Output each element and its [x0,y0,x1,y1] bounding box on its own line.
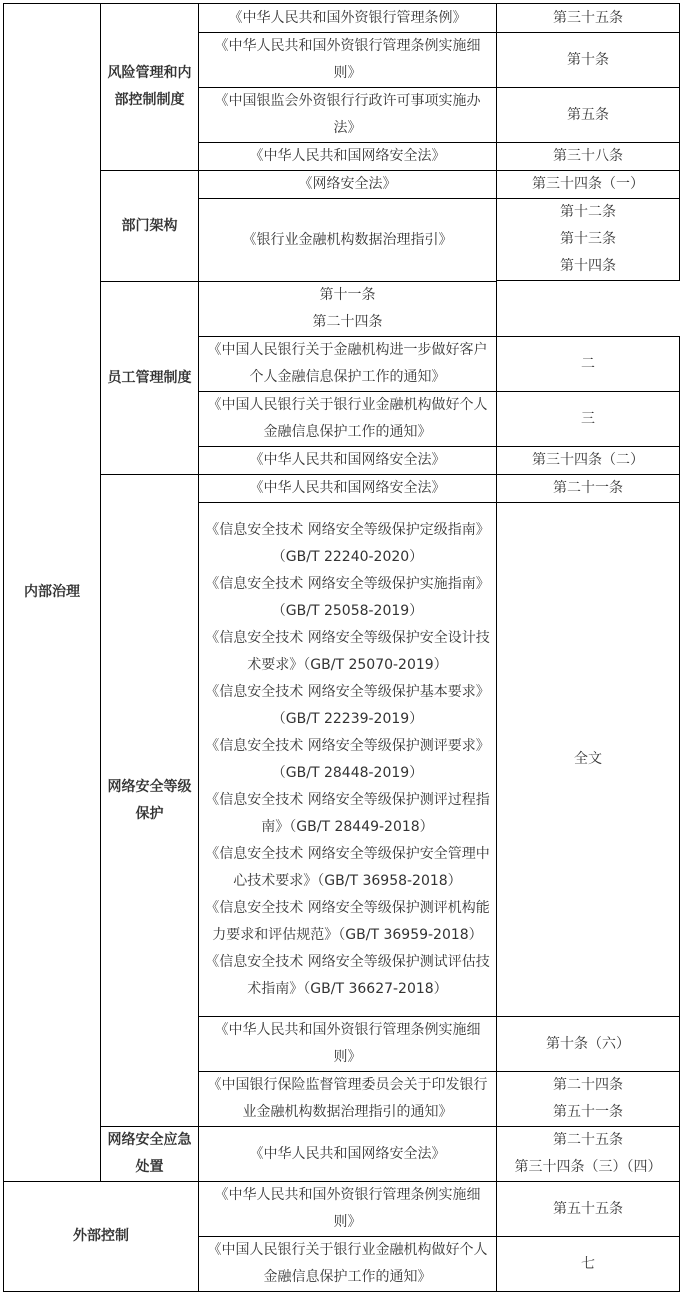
law-cell: 《中国人民银行关于金融机构进一步做好客户个人金融信息保护工作的通知》 [199,337,497,392]
law-cell: 《中国银监会外资银行行政许可事项实施办法》 [199,88,497,143]
regulation-table: 内部治理 风险管理和内部控制制度 《中华人民共和国外资银行管理条例》 第三十五条… [3,3,680,1292]
table-row: 网络安全等级保护 《中华人民共和国网络安全法》 第二十一条 [4,475,680,503]
article-cell: 第三十八条 [497,143,680,171]
article-line: 第三十四条（三）（四） [503,1154,673,1181]
article-cell: 第三十四条（二） [497,447,680,475]
standard-item: 《信息安全技术 网络安全等级保护安全设计技术要求》（GB/T 25070-201… [205,625,490,679]
article-line: 第十三条 [503,226,673,253]
standard-item: 《信息安全技术 网络安全等级保护测评过程指南》（GB/T 28449-2018） [205,787,490,841]
subcategory-dept: 部门架构 [101,171,199,282]
subcategory-risk: 风险管理和内部控制制度 [101,4,199,171]
table-row: 外部控制 《中华人民共和国外资银行管理条例实施细则》 第五十五条 [4,1182,680,1237]
subcategory-mlps: 网络安全等级保护 [101,475,199,1127]
table-row: 员工管理制度 第十一条 第二十四条 [4,282,680,337]
table-row: 网络安全应急处置 《中华人民共和国网络安全法》 第二十五条 第三十四条（三）（四… [4,1127,680,1182]
law-cell: 《中华人民共和国外资银行管理条例实施细则》 [199,1182,497,1237]
article-line: 第五十一条 [503,1099,673,1126]
law-cell: 《中华人民共和国外资银行管理条例实施细则》 [199,33,497,88]
article-line: 第十二条 [503,199,673,226]
law-cell: 《中华人民共和国外资银行管理条例实施细则》 [199,1017,497,1072]
category-external: 外部控制 [4,1182,199,1292]
article-cell: 第十二条 第十三条 第十四条 [497,199,680,281]
table-row: 部门架构 《网络安全法》 第三十四条（一） [4,171,680,199]
article-cell: 第五十五条 [497,1182,680,1237]
law-cell: 《中华人民共和国网络安全法》 [199,1127,497,1182]
article-cell: 第三十五条 [497,4,680,33]
law-cell: 《中国银行保险监督管理委员会关于印发银行业金融机构数据治理指引的通知》 [199,1072,497,1127]
article-cell: 七 [497,1237,680,1292]
law-cell: 《中华人民共和国网络安全法》 [199,143,497,171]
article-cell: 第三十四条（一） [497,171,680,199]
article-line: 第十一条 [205,282,490,309]
article-cell: 二 [497,337,680,392]
article-line: 第二十四条 [205,309,490,336]
standard-item: 《信息安全技术 网络安全等级保护定级指南》（GB/T 22240-2020） [205,517,490,571]
article-cell: 三 [497,392,680,447]
article-line: 第十四条 [503,253,673,280]
article-cell: 第二十一条 [497,475,680,503]
standard-item: 《信息安全技术 网络安全等级保护测评要求》（GB/T 28448-2019） [205,733,490,787]
article-line: 第二十五条 [503,1127,673,1154]
law-cell: 《中国人民银行关于银行业金融机构做好个人金融信息保护工作的通知》 [199,1237,497,1292]
category-internal: 内部治理 [4,4,101,1182]
subcategory-emergency: 网络安全应急处置 [101,1127,199,1182]
law-cell: 《信息安全技术 网络安全等级保护定级指南》（GB/T 22240-2020） 《… [199,503,497,1017]
standard-item: 《信息安全技术 网络安全等级保护测试评估技术指南》（GB/T 36627-201… [205,949,490,1003]
law-cell: 《中华人民共和国网络安全法》 [199,447,497,475]
law-cell: 《网络安全法》 [199,171,497,199]
article-cell: 第十条（六） [497,1017,680,1072]
subcategory-staff: 员工管理制度 [101,282,199,475]
law-cell: 《中国人民银行关于银行业金融机构做好个人金融信息保护工作的通知》 [199,392,497,447]
standard-item: 《信息安全技术 网络安全等级保护安全管理中心技术要求》（GB/T 36958-2… [205,841,490,895]
article-cell: 第十一条 第二十四条 [199,282,497,337]
article-cell: 第五条 [497,88,680,143]
standard-item: 《信息安全技术 网络安全等级保护基本要求》（GB/T 22239-2019） [205,679,490,733]
standard-item: 《信息安全技术 网络安全等级保护实施指南》（GB/T 25058-2019） [205,571,490,625]
article-cell: 全文 [497,503,680,1017]
law-cell: 《银行业金融机构数据治理指引》 [199,199,497,282]
article-cell: 第二十四条 第五十一条 [497,1072,680,1127]
law-cell: 《中华人民共和国网络安全法》 [199,475,497,503]
law-cell: 《中华人民共和国外资银行管理条例》 [199,4,497,33]
table-row: 内部治理 风险管理和内部控制制度 《中华人民共和国外资银行管理条例》 第三十五条 [4,4,680,33]
article-cell: 第十条 [497,33,680,88]
article-cell: 第二十五条 第三十四条（三）（四） [497,1127,680,1182]
standard-item: 《信息安全技术 网络安全等级保护测评机构能力要求和评估规范》（GB/T 3695… [205,895,490,949]
article-line: 第二十四条 [503,1072,673,1099]
